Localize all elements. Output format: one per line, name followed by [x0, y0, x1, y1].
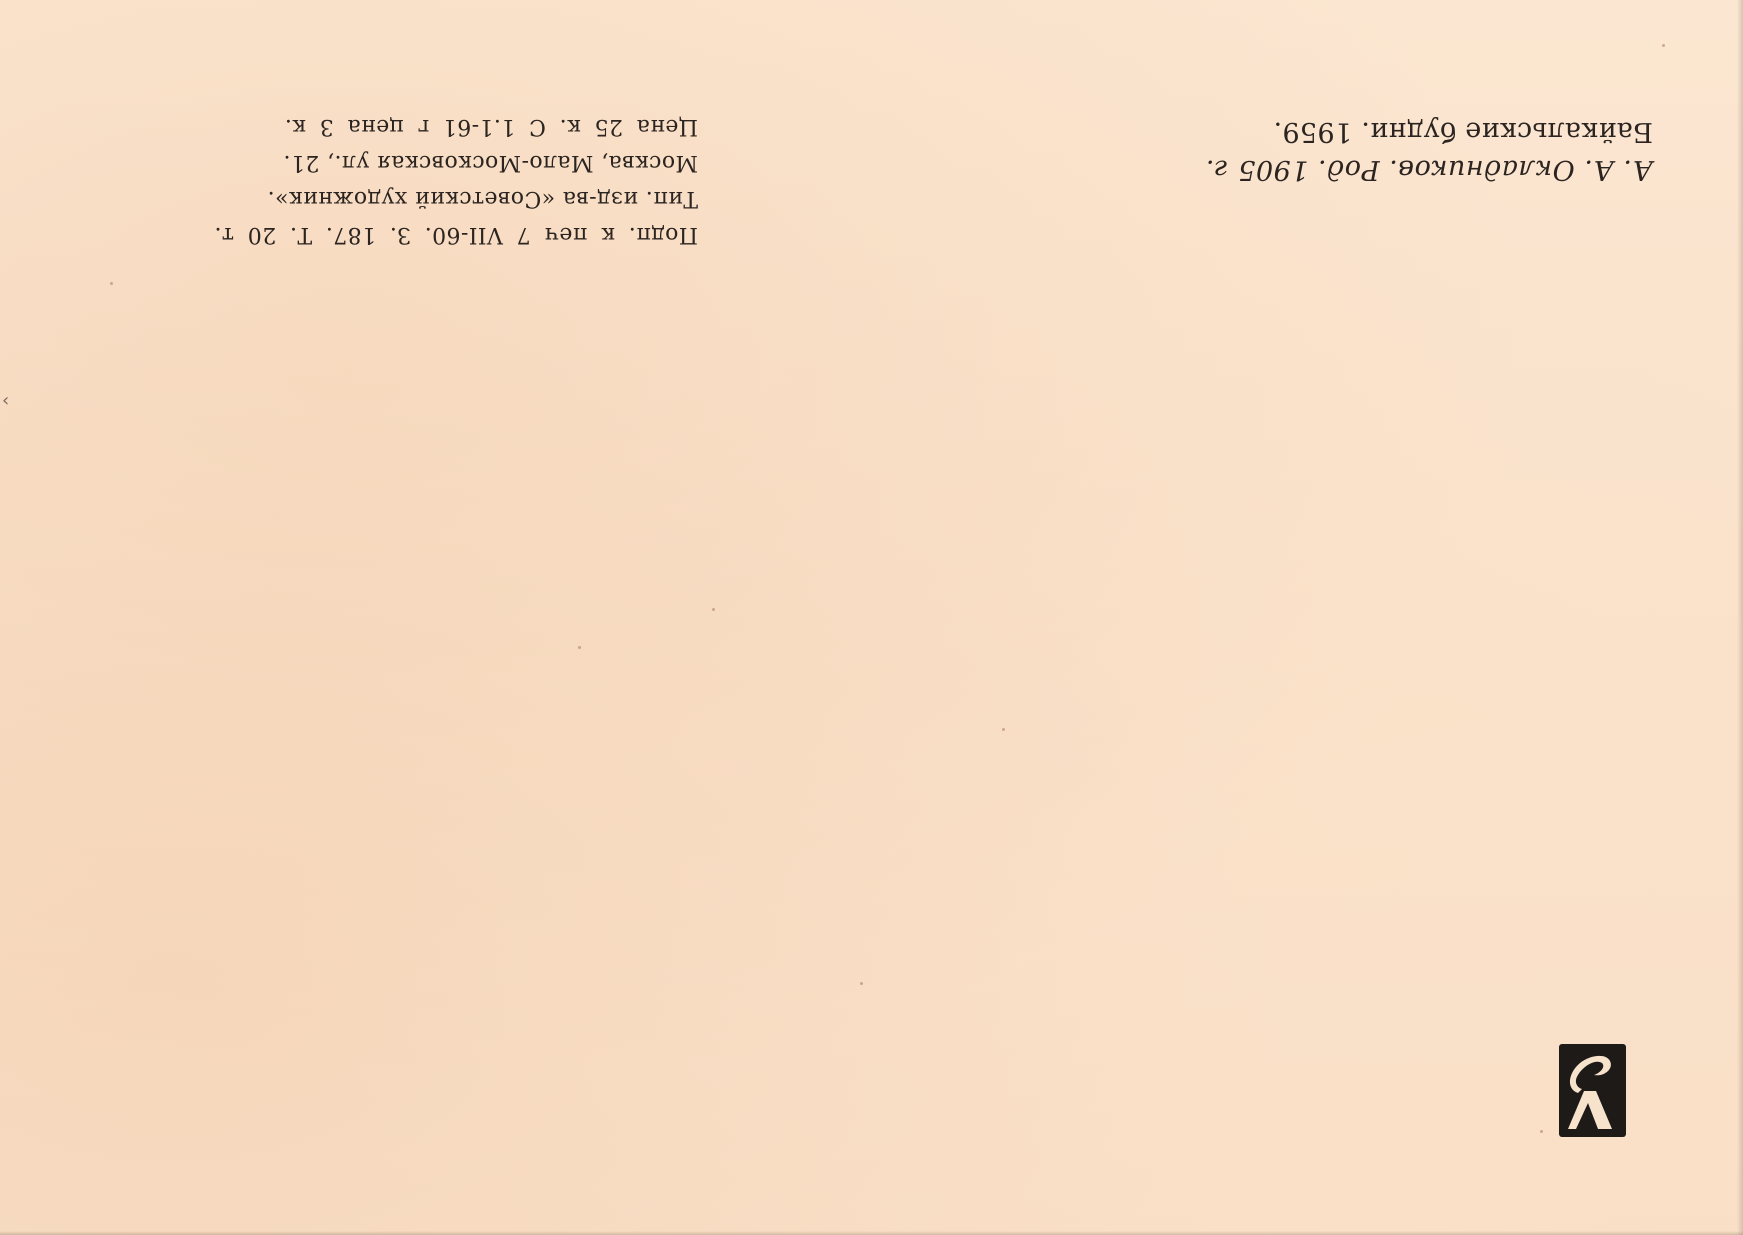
paper-speck [860, 982, 863, 985]
paper-speck [578, 646, 581, 649]
paper-speck [1540, 1130, 1543, 1133]
imprint-line-price: Цена 25 к. С 1.1-61 г цена 3 к. [108, 108, 698, 144]
artwork-caption: А. А. Окладников. Род. 1905 г. Байкальск… [1108, 112, 1653, 188]
artist-name-line: А. А. Окладников. Род. 1905 г. [1108, 150, 1653, 188]
pencil-mark: ‹ [2, 390, 14, 412]
imprint-line-print-info: Подп. к печ 7 VII-60. З. 187. Т. 20 т. [108, 216, 698, 252]
imprint-line-address: Москва, Мало-Московская ул., 21. [108, 144, 698, 180]
paper-speck [110, 282, 113, 285]
paper-speck [712, 608, 715, 611]
sovetsky-khudozhnik-logo-icon [1559, 1044, 1626, 1137]
postcard-back: А. А. Окладников. Род. 1905 г. Байкальск… [0, 0, 1743, 1235]
artwork-title-line: Байкальские будни. 1959. [1108, 112, 1653, 150]
paper-speck [1662, 44, 1665, 47]
publisher-imprint: Подп. к печ 7 VII-60. З. 187. Т. 20 т. Т… [108, 108, 698, 252]
paper-speck [1002, 728, 1005, 731]
imprint-line-publisher: Тип. изд-ва «Советский художник». [108, 180, 698, 216]
